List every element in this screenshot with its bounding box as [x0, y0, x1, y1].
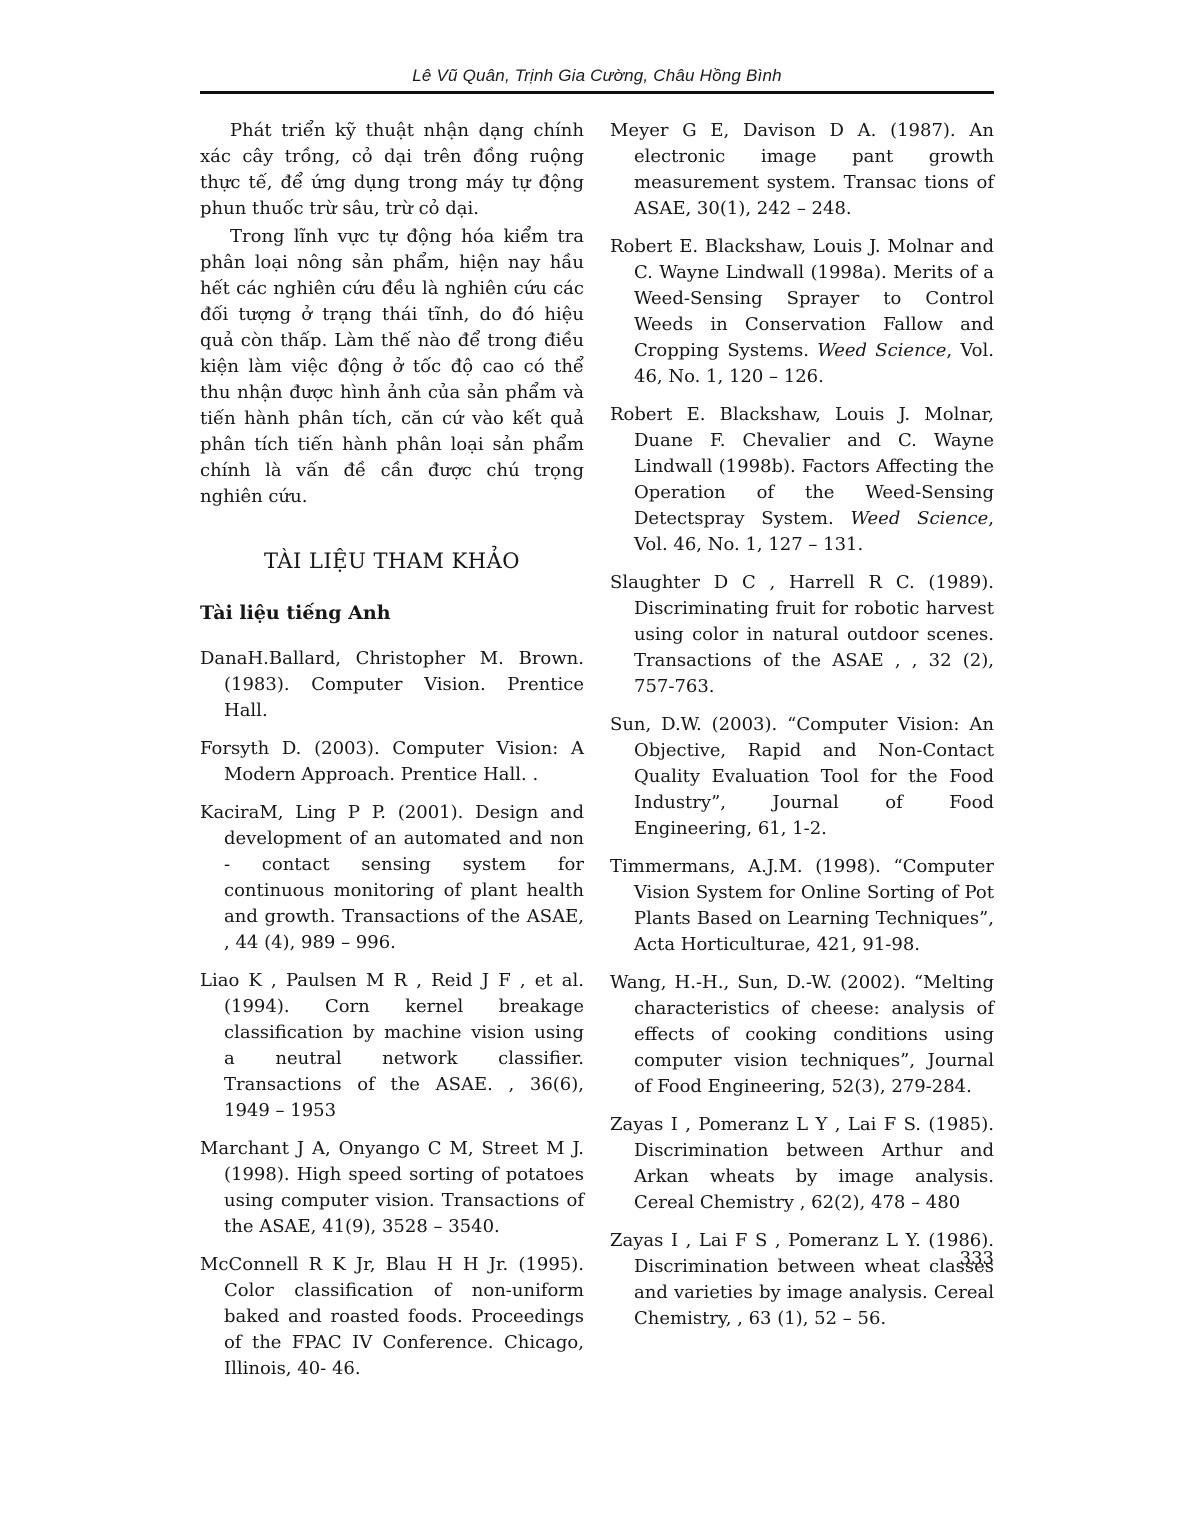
- reference-entry: Slaughter D C , Harrell R C. (1989). Dis…: [610, 570, 994, 700]
- body-paragraph: Trong lĩnh vực tự động hóa kiểm tra phân…: [200, 224, 584, 510]
- document-page: Lê Vũ Quân, Trịnh Gia Cường, Châu Hồng B…: [0, 0, 1189, 1539]
- page-number: 333: [200, 1248, 994, 1269]
- right-column: Meyer G E, Davison D A. (1987). An elect…: [610, 118, 994, 1394]
- section-heading-references: TÀI LIỆU THAM KHẢO: [200, 548, 584, 574]
- reference-entry: Wang, H.-H., Sun, D.-W. (2002). “Melting…: [610, 970, 994, 1100]
- reference-entry: Zayas I , Lai F S , Pomeranz L Y. (1986)…: [610, 1228, 994, 1332]
- page-content: Lê Vũ Quân, Trịnh Gia Cường, Châu Hồng B…: [200, 66, 994, 1394]
- reference-entry: Liao K , Paulsen M R , Reid J F , et al.…: [200, 968, 584, 1124]
- reference-entry: Robert E. Blackshaw, Louis J. Molnar, Du…: [610, 402, 994, 558]
- page-header: Lê Vũ Quân, Trịnh Gia Cường, Châu Hồng B…: [200, 66, 994, 94]
- running-head-authors: Lê Vũ Quân, Trịnh Gia Cường, Châu Hồng B…: [200, 66, 994, 86]
- body-paragraph: Phát triển kỹ thuật nhận dạng chính xác …: [200, 118, 584, 222]
- reference-entry: Timmermans, A.J.M. (1998). “Computer Vis…: [610, 854, 994, 958]
- reference-entry: Robert E. Blackshaw, Louis J. Molnar and…: [610, 234, 994, 390]
- reference-list-left: DanaH.Ballard, Christopher M. Brown. (19…: [200, 646, 584, 1382]
- reference-entry: Sun, D.W. (2003). “Computer Vision: An O…: [610, 712, 994, 842]
- left-column: Phát triển kỹ thuật nhận dạng chính xác …: [200, 118, 584, 1394]
- reference-entry: Meyer G E, Davison D A. (1987). An elect…: [610, 118, 994, 222]
- reference-entry: Zayas I , Pomeranz L Y , Lai F S. (1985)…: [610, 1112, 994, 1216]
- reference-entry: Forsyth D. (2003). Computer Vision: A Mo…: [200, 736, 584, 788]
- reference-entry: Marchant J A, Onyango C M, Street M J. (…: [200, 1136, 584, 1240]
- two-column-body: Phát triển kỹ thuật nhận dạng chính xác …: [200, 118, 994, 1394]
- reference-entry: McConnell R K Jr, Blau H H Jr. (1995). C…: [200, 1252, 584, 1382]
- subsection-heading-english-sources: Tài liệu tiếng Anh: [200, 600, 584, 626]
- reference-entry: KaciraM, Ling P P. (2001). Design and de…: [200, 800, 584, 956]
- header-rule: [200, 91, 994, 94]
- reference-list-right: Meyer G E, Davison D A. (1987). An elect…: [610, 118, 994, 1332]
- reference-entry: DanaH.Ballard, Christopher M. Brown. (19…: [200, 646, 584, 724]
